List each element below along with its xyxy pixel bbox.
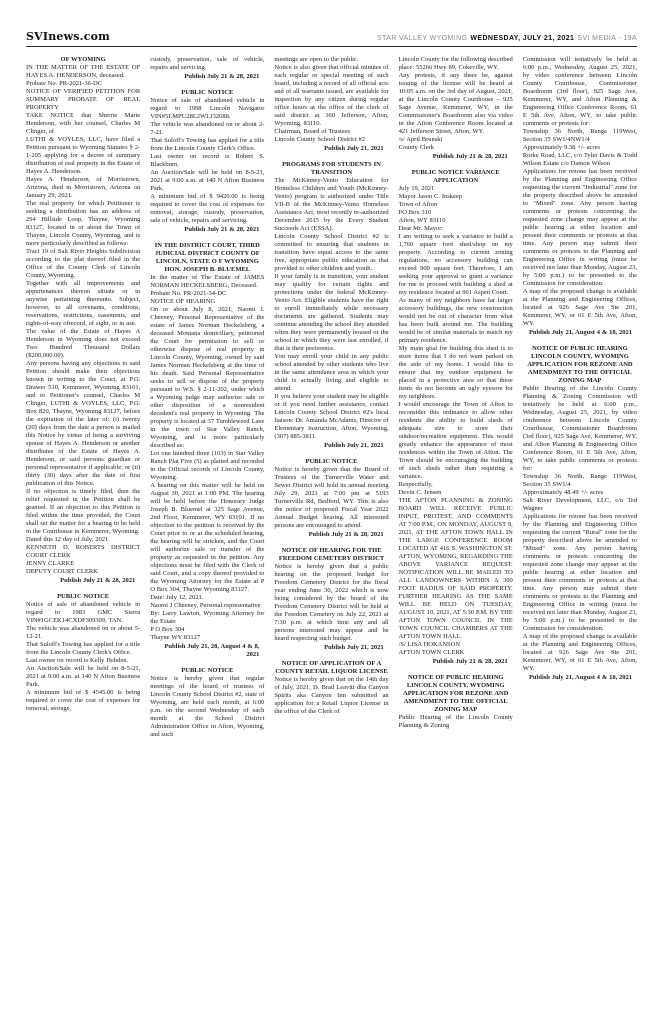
- site-name: SVInews.com: [26, 30, 110, 43]
- notice-paragraph: The real property for which Petitioner i…: [26, 200, 140, 248]
- publish-line: Publish July 21 & 28, 2021: [274, 531, 388, 539]
- publish-line: Publish July 21, 2021: [274, 644, 388, 652]
- notice-paragraph: That Suloff's Towing has applied for a t…: [150, 137, 264, 153]
- publish-line: Publish July 21, 2021: [274, 442, 388, 450]
- notice-paragraph: Notice is hereby given that the Board of…: [274, 466, 388, 530]
- notice-paragraph: Salt River Development, LLC, c/o Ted Wag…: [523, 497, 637, 513]
- notice-paragraph: meetings are open to the public.: [274, 56, 388, 64]
- notice-paragraph: An Auction/Sale will be held on 8-5-21, …: [26, 665, 140, 689]
- notice-paragraph: I would encourage the Town of Afton to r…: [399, 401, 513, 481]
- notice-paragraph: County Clerk: [399, 144, 513, 152]
- notice-paragraph: The vehicle was abandoned on or about 5-…: [26, 625, 140, 641]
- notice-paragraph: Hayes A. Henderson, of Morristown, Arizo…: [26, 176, 140, 200]
- notice-heading: NOTICE OF HEARING FOR THE FREEDOM CEMETE…: [274, 547, 388, 563]
- notice-paragraph: The vehicle was abandoned on or about 2-…: [150, 121, 264, 137]
- notice-paragraph: Applications for rezone has been receive…: [523, 513, 637, 633]
- notice-paragraph: A map of the proposed change is availabl…: [523, 288, 637, 328]
- publish-line: Publish July 21 & 28, 2021: [399, 153, 513, 161]
- notice-columns: OF WYOMINGIN THE MATTER OF THE ESTATE OF…: [0, 47, 663, 1007]
- notice-paragraph: Notice of sale of abandoned vehicle in r…: [26, 601, 140, 625]
- publish-line: Publish July 21 & 28, 2021: [150, 73, 264, 81]
- notice-paragraph: Any protests, if any there be, against i…: [399, 72, 513, 136]
- notice-paragraph: NOTICE OF VERIFIED PETITION FOR SUMMARY …: [26, 88, 140, 112]
- notice-paragraph: /S/ LISA HOKANSON: [399, 641, 513, 649]
- notice-paragraph: An Auction/Sale will be held on 8-5-21, …: [150, 169, 264, 193]
- notice-paragraph: A map of the proposed change is availabl…: [523, 633, 637, 673]
- notice-paragraph: P O Box 304: [150, 626, 264, 634]
- notice-paragraph: Notice of sale of abandoned vehicle in r…: [150, 97, 264, 121]
- notice-paragraph: Commission will tentatively be held at 6…: [523, 56, 637, 128]
- notice-heading: NOTICE OF PUBLIC HEARING LINCOLN COUNTY,…: [399, 674, 513, 714]
- notice-heading: HON. JOSEPH B. BLUEMEL: [150, 266, 264, 274]
- notice-paragraph: THE AFTON PLANNING & ZONING BOARD WILL R…: [399, 497, 513, 641]
- notice-paragraph: custody, preservation, sale of vehicle, …: [150, 56, 264, 72]
- notice-paragraph: The McKinney-Vento Education for Homeles…: [274, 177, 388, 233]
- news-column: Commission will tentatively be held at 6…: [523, 56, 637, 1007]
- notice-paragraph: Probate No. PR-2021-36-DC: [26, 80, 140, 88]
- news-column: OF WYOMINGIN THE MATTER OF THE ESTATE OF…: [26, 56, 140, 1007]
- notice-paragraph: LUTHI & VOYLES, LLC, have filed a Petiti…: [26, 136, 140, 176]
- notice-paragraph: Afton, WY 83110: [399, 217, 513, 225]
- notice-paragraph: Date: July 12, 2021.: [150, 594, 264, 602]
- notice-paragraph: Approximately 9.38 +/- acres: [523, 144, 637, 152]
- notice-paragraph: July 19, 2021: [399, 185, 513, 193]
- notice-heading: PUBLIC NOTICE: [150, 667, 264, 675]
- notice-paragraph: Lincoln County School District #2 is com…: [274, 233, 388, 273]
- notice-paragraph: Township 36 North, Range 119West, Sectio…: [523, 128, 637, 144]
- newspaper-page: SVInews.com STAR VALLEY WYOMINGWEDNESDAY…: [0, 0, 663, 1024]
- notice-heading: OF WYOMING: [26, 56, 140, 64]
- notice-paragraph: My main goal for building this shed is t…: [399, 345, 513, 401]
- notice-paragraph: Naomi J Cheeney, Personal representative: [150, 602, 264, 610]
- notice-paragraph: A minimum bid of $ 4545.00 is being requ…: [26, 689, 140, 713]
- notice-paragraph: Respectfully,: [399, 481, 513, 489]
- notice-paragraph: Any persons having any objections to sai…: [26, 360, 140, 488]
- notice-paragraph: Last owner on record is Kelly Hebden.: [26, 657, 140, 665]
- publish-line: Publish July 21 & 28, 2021: [399, 658, 513, 666]
- notice-paragraph: Lot one hundred three (103) in Star Vall…: [150, 450, 264, 482]
- masthead-date: WEDNESDAY, JULY 21, 2021: [470, 35, 574, 42]
- notice-paragraph: Notice is hereby given that on the 14th …: [274, 676, 388, 716]
- publish-line: Publish July 21 & 28, 2021: [26, 577, 140, 585]
- notice-paragraph: Lincoln County for the following describ…: [399, 56, 513, 72]
- notice-paragraph: KENNETH D. ROBERTS DISTRICT COURT CLERK: [26, 544, 140, 560]
- notice-paragraph: Notice is also given that official minut…: [274, 64, 388, 128]
- notice-paragraph: Town of Afton: [399, 201, 513, 209]
- notice-paragraph: AFTON TOWN CLERK: [399, 649, 513, 657]
- notice-paragraph: Approximately 48.49 +/- acres: [523, 489, 637, 497]
- notice-paragraph: By: Larry Lawton, Wyoming Attorney for t…: [150, 610, 264, 626]
- notice-paragraph: DEPUTY COURT CLERK: [26, 568, 140, 576]
- news-column: custody, preservation, sale of vehicle, …: [150, 56, 264, 1007]
- notice-heading: IN THE DISTRICT COURT, THIRD JUDICIAL DI…: [150, 242, 264, 266]
- notice-paragraph: On or about July 8, 2021, Naomi J. Cheen…: [150, 306, 264, 450]
- notice-paragraph: A minimum bid of $ 9420.00 is being requ…: [150, 193, 264, 225]
- notice-paragraph: If you believe your student may be eligi…: [274, 393, 388, 441]
- notice-paragraph: In the matter of The Estate of JAMES NOR…: [150, 274, 264, 290]
- masthead-dateline: STAR VALLEY WYOMINGWEDNESDAY, JULY 21, 2…: [377, 35, 637, 42]
- masthead: SVInews.com STAR VALLEY WYOMINGWEDNESDAY…: [26, 0, 637, 47]
- notice-heading: PUBLIC NOTICE: [26, 593, 140, 601]
- notice-paragraph: Public Hearing of the Lincoln County Pla…: [523, 385, 637, 473]
- notice-paragraph: PO Box 310: [399, 209, 513, 217]
- notice-heading: NOTICE OF PUBLIC HEARING LINCOLN COUNTY,…: [523, 345, 637, 385]
- notice-paragraph: The value of the Estate of Hayes A Hende…: [26, 328, 140, 360]
- notice-paragraph: I am writing to seek a variance to build…: [399, 233, 513, 297]
- publish-line: Publish July 21, August 4 & 18, 2021: [523, 329, 637, 337]
- notice-paragraph: If no objection is timely filed, then th…: [26, 488, 140, 536]
- notice-paragraph: If your family is in transition, your st…: [274, 273, 388, 353]
- notice-paragraph: Applications for rezone has been receive…: [523, 168, 637, 288]
- publish-line: Publish July 21 & 28, 2021: [150, 226, 264, 234]
- notice-paragraph: Dear Mr. Mayor:: [399, 225, 513, 233]
- news-column: meetings are open to the public.Notice i…: [274, 56, 388, 1007]
- masthead-edition: SVI MEDIA - 19A: [577, 35, 637, 42]
- notice-paragraph: Notice is hereby given that a public hea…: [274, 563, 388, 643]
- notice-paragraph: Notice is hereby given that regular meet…: [150, 675, 264, 739]
- notice-heading: PUBLIC NOTICE VARIANCE APPLICATION: [399, 169, 513, 185]
- publish-line: Publish July 21, 2021: [274, 145, 388, 153]
- masthead-location: STAR VALLEY WYOMING: [377, 35, 467, 42]
- notice-paragraph: /s/ April Brunski: [399, 136, 513, 144]
- notice-paragraph: As many of my neighbors have far larger …: [399, 297, 513, 345]
- notice-heading: NOTICE OF APPLICATION OF A COUNTY RETAIL…: [274, 660, 388, 676]
- notice-paragraph: Thayne WY 83127: [150, 634, 264, 642]
- notice-paragraph: That Suloff's Towing has applied for a t…: [26, 641, 140, 657]
- notice-paragraph: IN THE MATTER OF THE ESTATE OF HAYES A. …: [26, 64, 140, 80]
- notice-paragraph: JENNY CLARKE: [26, 560, 140, 568]
- notice-paragraph: Chairman, Board of Trustees: [274, 128, 388, 136]
- notice-paragraph: NOTICE OF HEARING: [150, 298, 264, 306]
- notice-heading: PROGRAMS FOR STUDENTS IN TRANSITION: [274, 161, 388, 177]
- notice-paragraph: Dated this 12 day of July, 2021: [26, 536, 140, 544]
- news-column: Lincoln County for the following describ…: [399, 56, 513, 1007]
- notice-heading: PUBLIC NOTICE: [150, 89, 264, 97]
- notice-paragraph: Tract 19 of Salt River Heights Subdivisi…: [26, 248, 140, 280]
- notice-paragraph: Public Hearing of the Lincoln County Pla…: [399, 714, 513, 730]
- notice-paragraph: A hearing on this matter will be held on…: [150, 482, 264, 594]
- publish-line: Publish July 21, August 4 & 18, 2021: [523, 674, 637, 682]
- notice-paragraph: Rorke Road, LLC, c/o Tyler Davis & Todd …: [523, 152, 637, 168]
- notice-paragraph: Devin C. Jensen: [399, 489, 513, 497]
- notice-paragraph: TAKE NOTICE that Sherrie Marie Henderson…: [26, 112, 140, 136]
- notice-paragraph: Together with all improvements and appur…: [26, 280, 140, 328]
- notice-paragraph: Lincoln County School District #2: [274, 136, 388, 144]
- notice-paragraph: Township 36 North, Range 119West, Sectio…: [523, 473, 637, 489]
- notice-heading: PUBLIC NOTICE: [274, 458, 388, 466]
- notice-paragraph: Last owner on record is Robert S. Blackb…: [150, 153, 264, 169]
- notice-paragraph: Mayor Jason C. Inskeep: [399, 193, 513, 201]
- notice-paragraph: You may enroll your child in any public …: [274, 353, 388, 393]
- notice-paragraph: Probate No. PR-2021-34-DC: [150, 290, 264, 298]
- publish-line: Publish July 21, 28, August 4 & 8, 2021: [150, 643, 264, 659]
